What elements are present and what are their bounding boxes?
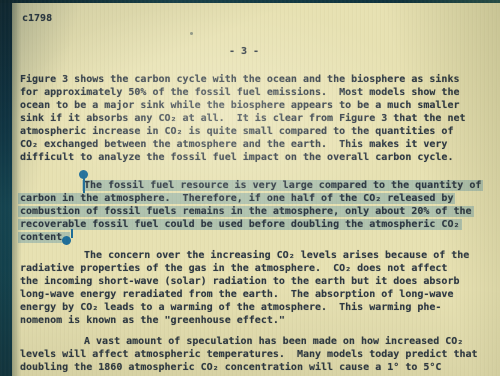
text-line: doubling the 1860 atmospheric CO₂ concen… [20,361,478,374]
selected-text[interactable]: recoverable fossil fuel could be used be… [18,219,462,230]
text-line: long-wave energy reradiated from the ear… [20,288,469,301]
text-line: atmospheric increase in CO₂ is quite sma… [20,125,466,138]
text-line: A vast amount of speculation has been ma… [20,335,478,348]
selection-start-caret [83,178,85,193]
text-line: sink if it absorbs any CO₂ at all. It is… [20,112,466,125]
text-line: The concern over the increasing CO₂ leve… [20,249,469,262]
text-line: combustion of fossil fuels remains in th… [20,205,481,218]
ink-speck [190,32,193,35]
selection-end-dot-icon [62,236,71,245]
selected-text[interactable]: carbon in the atmosphere. Therefore, if … [18,193,455,204]
text-line: content. [20,231,481,244]
document-photo: c1798 - 3 - Figure 3 shows the carbon cy… [0,0,500,376]
text-line: levels will affect atmospheric temperatu… [20,348,478,361]
selected-text[interactable]: The fossil fuel resource is very large c… [82,180,483,191]
paragraph-temperature-speculation: A vast amount of speculation has been ma… [20,335,478,374]
text-line: the incoming short-wave (solar) radiatio… [20,275,469,288]
text-line: for approximately 50% of the fossil fuel… [20,86,466,99]
text-line: difficult to analyze the fossil fuel imp… [20,151,466,164]
text-line: ocean to be a major sink while the biosp… [20,99,466,112]
text-line: radiative properties of the gas in the a… [20,262,469,275]
text-line: recoverable fossil fuel could be used be… [20,218,481,231]
text-line: CO₂ exchanged between the atmosphere and… [20,138,466,151]
text-line: Figure 3 shows the carbon cycle with the… [20,73,466,86]
paragraph-carbon-cycle: Figure 3 shows the carbon cycle with the… [20,73,466,164]
selected-text[interactable]: combustion of fossil fuels remains in th… [18,206,474,217]
paragraph-fossil-fuel-resource-selected: The fossil fuel resource is very large c… [20,179,481,244]
text-line: nomenom is known as the "greenhouse effe… [20,314,469,327]
page-number-label: - 3 - [0,45,494,58]
paragraph-greenhouse-effect: The concern over the increasing CO₂ leve… [20,249,469,327]
text-line: energy by CO₂ leads to a warming of the … [20,301,469,314]
photo-edge-top [0,0,500,3]
doc-id-label: c1798 [22,12,52,25]
text-line: carbon in the atmosphere. Therefore, if … [20,192,481,205]
photo-edge-left [0,0,12,376]
text-line: The fossil fuel resource is very large c… [20,179,481,192]
selection-end-caret [71,229,73,238]
